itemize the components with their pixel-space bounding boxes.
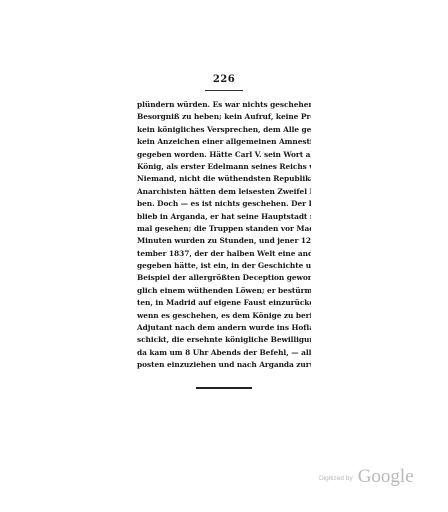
- text-line: glich einem wüthenden Löwen; er bestürmt…: [137, 285, 311, 297]
- google-logo: Google: [358, 466, 414, 487]
- text-line: Niemand, nicht die wüthendsten Republika…: [137, 173, 311, 185]
- header-rule: [205, 90, 243, 91]
- text-line: Minuten wurden zu Stunden, und jener 12.…: [137, 235, 311, 247]
- text-line: König, als erster Edelmann seines Reichs…: [137, 161, 311, 173]
- text-line: gegeben worden. Hätte Carl V. sein Wort …: [137, 149, 311, 161]
- text-line: tember 1837, der der halben Welt eine an…: [137, 248, 311, 260]
- text-line: posten einzuziehen und nach Arganda zurü…: [137, 359, 311, 371]
- text-line: Beispiel der allergrößten Deception gewo…: [137, 272, 311, 284]
- text-line: Adjutant nach dem andern wurde ins Hofla…: [137, 322, 311, 334]
- text-line: Anarchisten hätten dem leisesten Zweifel…: [137, 186, 311, 198]
- text-line: schickt, die ersehnte königliche Bewilli…: [137, 334, 311, 346]
- text-line: ben. Doch — es ist nichts geschehen. Der…: [137, 198, 311, 210]
- text-line: gegeben hätte, ist ein, in der Geschicht…: [137, 260, 311, 272]
- page-number: 226: [0, 74, 448, 85]
- text-line: mal gesehen; die Truppen standen vor Mad…: [137, 223, 311, 235]
- text-line: plündern würden. Es war nichts geschehen…: [137, 99, 311, 111]
- end-rule: [196, 387, 252, 389]
- digitized-watermark: Digitized by Google: [319, 466, 414, 488]
- text-line: blieb in Arganda, er hat seine Hauptstad…: [137, 211, 311, 223]
- watermark-prefix: Digitized by: [319, 475, 353, 482]
- text-line: ten, in Madrid auf eigene Faust einzurüc…: [137, 297, 311, 309]
- text-line: Besorgniß zu heben; kein Aufruf, keine P…: [137, 111, 311, 123]
- body-text: plündern würden. Es war nichts geschehen…: [137, 99, 311, 372]
- text-line: da kam um 8 Uhr Abends der Befehl, — all…: [137, 347, 311, 359]
- text-line: kein königliches Versprechen, dem Alle g…: [137, 124, 311, 136]
- text-line: kein Anzeichen einer allgemeinen Amnesti…: [137, 136, 311, 148]
- text-line: wenn es geschehen, es dem Könige zu beri…: [137, 310, 311, 322]
